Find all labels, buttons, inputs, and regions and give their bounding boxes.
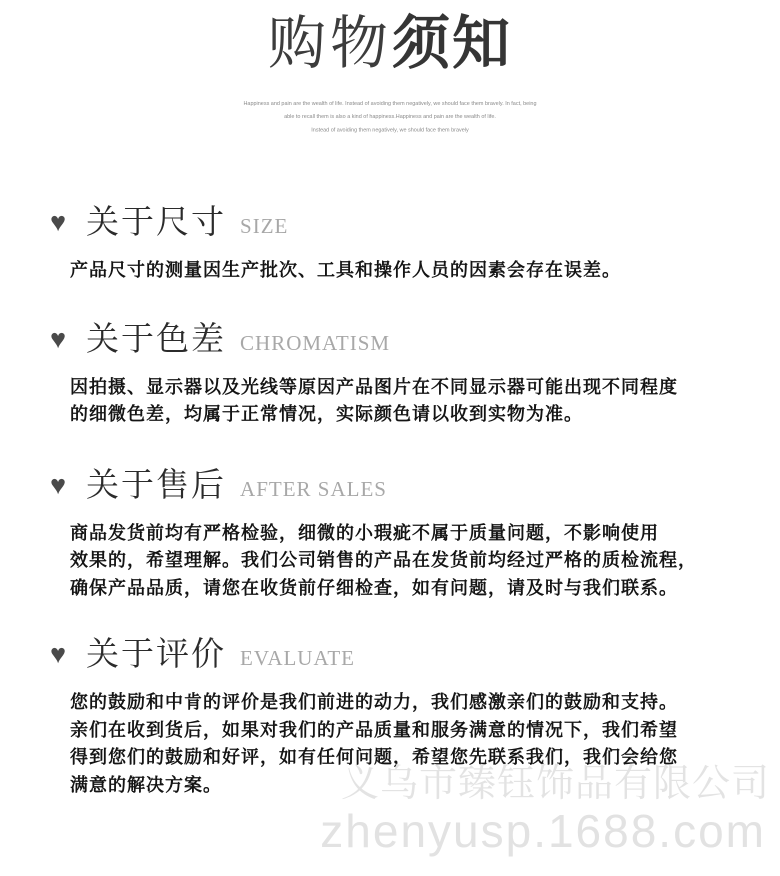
section-body: 因拍摄、显示器以及光线等原因产品图片在不同显示器可能出现不同程度 的细微色差，均… <box>50 374 710 429</box>
section-chromatism-header: ♥ 关于色差 CHROMATISM <box>50 317 740 361</box>
section-heading: 关于色差 <box>86 317 226 361</box>
page-title-light: 购物 <box>268 11 392 76</box>
section-after-sales: ♥ 关于售后 AFTER SALES 商品发货前均有严格检验，细微的小瑕疵不属于… <box>50 463 740 603</box>
section-heading: 关于评价 <box>86 632 226 676</box>
page-title-bold: 须知 <box>392 11 512 76</box>
section-chromatism: ♥ 关于色差 CHROMATISM 因拍摄、显示器以及光线等原因产品图片在不同显… <box>50 317 740 429</box>
section-heading-en: EVALUATE <box>240 646 355 676</box>
heart-icon: ♥ <box>50 320 66 358</box>
section-body: 产品尺寸的测量因生产批次、工具和操作人员的因素会存在误差。 <box>50 257 710 285</box>
section-heading-en: CHROMATISM <box>240 331 390 361</box>
shopping-notice-page: 购物须知 Happiness and pain are the wealth o… <box>0 0 780 876</box>
heart-icon: ♥ <box>50 203 66 241</box>
watermark-company: 义乌市臻钰饰品有限公司 <box>341 752 770 807</box>
watermark-url: zhenyusp.1688.com <box>320 804 766 858</box>
heart-icon: ♥ <box>50 635 66 673</box>
section-heading-en: SIZE <box>240 214 288 244</box>
notice-sections: ♥ 关于尺寸 SIZE 产品尺寸的测量因生产批次、工具和操作人员的因素会存在误差… <box>0 200 780 799</box>
section-body: 商品发货前均有严格检验，细微的小瑕疵不属于质量问题，不影响使用 效果的，希望理解… <box>50 520 710 603</box>
title-caption: Happiness and pain are the wealth of lif… <box>86 97 694 137</box>
section-size-header: ♥ 关于尺寸 SIZE <box>50 200 740 244</box>
section-heading: 关于尺寸 <box>86 200 226 244</box>
section-after-sales-header: ♥ 关于售后 AFTER SALES <box>50 463 740 507</box>
section-evaluate-header: ♥ 关于评价 EVALUATE <box>50 632 740 676</box>
heart-icon: ♥ <box>50 466 66 504</box>
section-heading-en: AFTER SALES <box>240 477 387 507</box>
section-heading: 关于售后 <box>86 463 226 507</box>
page-title: 购物须知 <box>0 0 780 93</box>
section-size: ♥ 关于尺寸 SIZE 产品尺寸的测量因生产批次、工具和操作人员的因素会存在误差… <box>50 200 740 285</box>
